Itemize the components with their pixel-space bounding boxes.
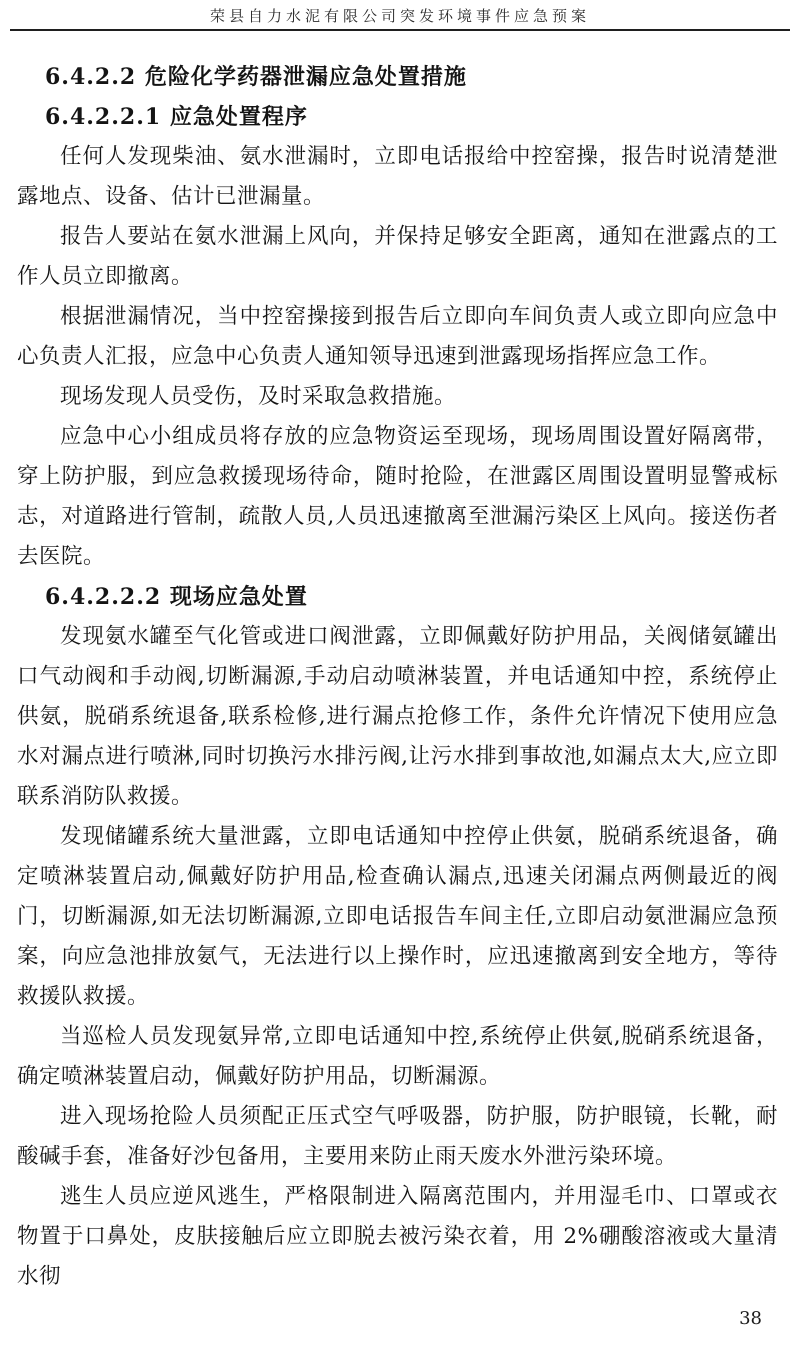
paragraph-first-aid: 现场发现人员受伤，及时采取急救措施。 bbox=[17, 377, 778, 417]
paragraph-upwind-distance: 报告人要站在氨水泄漏上风向，并保持足够安全距离，通知在泄露点的工作人员立即撤离。 bbox=[17, 217, 778, 297]
document-body: 6.4.2.2 危险化学药器泄漏应急处置措施 6.4.2.2.1 应急处置程序 … bbox=[17, 57, 778, 1297]
paragraph-valve-leak-response: 发现氨水罐至气化管或进口阀泄露，立即佩戴好防护用品，关阀储氨罐出口气动阀和手动阀… bbox=[17, 617, 778, 817]
paragraph-escape-guidance: 逃生人员应逆风逃生，严格限制进入隔离范围内，并用湿毛巾、口罩或衣物置于口鼻处，皮… bbox=[17, 1177, 778, 1297]
running-header: 荣县自力水泥有限公司突发环境事件应急预案 bbox=[0, 0, 800, 26]
paragraph-patrol-abnormal: 当巡检人员发现氨异常,立即电话通知中控,系统停止供氨,脱硝系统退备，确定喷淋装置… bbox=[17, 1017, 778, 1097]
paragraph-report-leak: 任何人发现柴油、氨水泄漏时，立即电话报给中控窑操，报告时说清楚泄露地点、设备、估… bbox=[17, 137, 778, 217]
document-page: 荣县自力水泥有限公司突发环境事件应急预案 6.4.2.2 危险化学药器泄漏应急处… bbox=[0, 0, 800, 1351]
paragraph-protective-equipment: 进入现场抢险人员须配正压式空气呼吸器，防护服，防护眼镜，长靴，耐酸碱手套，准备好… bbox=[17, 1097, 778, 1177]
paragraph-tank-leak-response: 发现储罐系统大量泄露，立即电话通知中控停止供氨，脱硝系统退备，确定喷淋装置启动,… bbox=[17, 817, 778, 1017]
subsection-heading-6-4-2-2-1: 6.4.2.2.1 应急处置程序 bbox=[17, 97, 778, 137]
paragraph-emergency-supplies: 应急中心小组成员将存放的应急物资运至现场，现场周围设置好隔离带，穿上防护服，到应… bbox=[17, 417, 778, 577]
header-rule bbox=[10, 29, 790, 31]
page-number: 38 bbox=[739, 1308, 762, 1329]
subsection-heading-6-4-2-2-2: 6.4.2.2.2 现场应急处置 bbox=[17, 577, 778, 617]
section-heading-6-4-2-2: 6.4.2.2 危险化学药器泄漏应急处置措施 bbox=[17, 57, 778, 97]
paragraph-report-chain: 根据泄漏情况，当中控窑操接到报告后立即向车间负责人或立即向应急中心负责人汇报，应… bbox=[17, 297, 778, 377]
